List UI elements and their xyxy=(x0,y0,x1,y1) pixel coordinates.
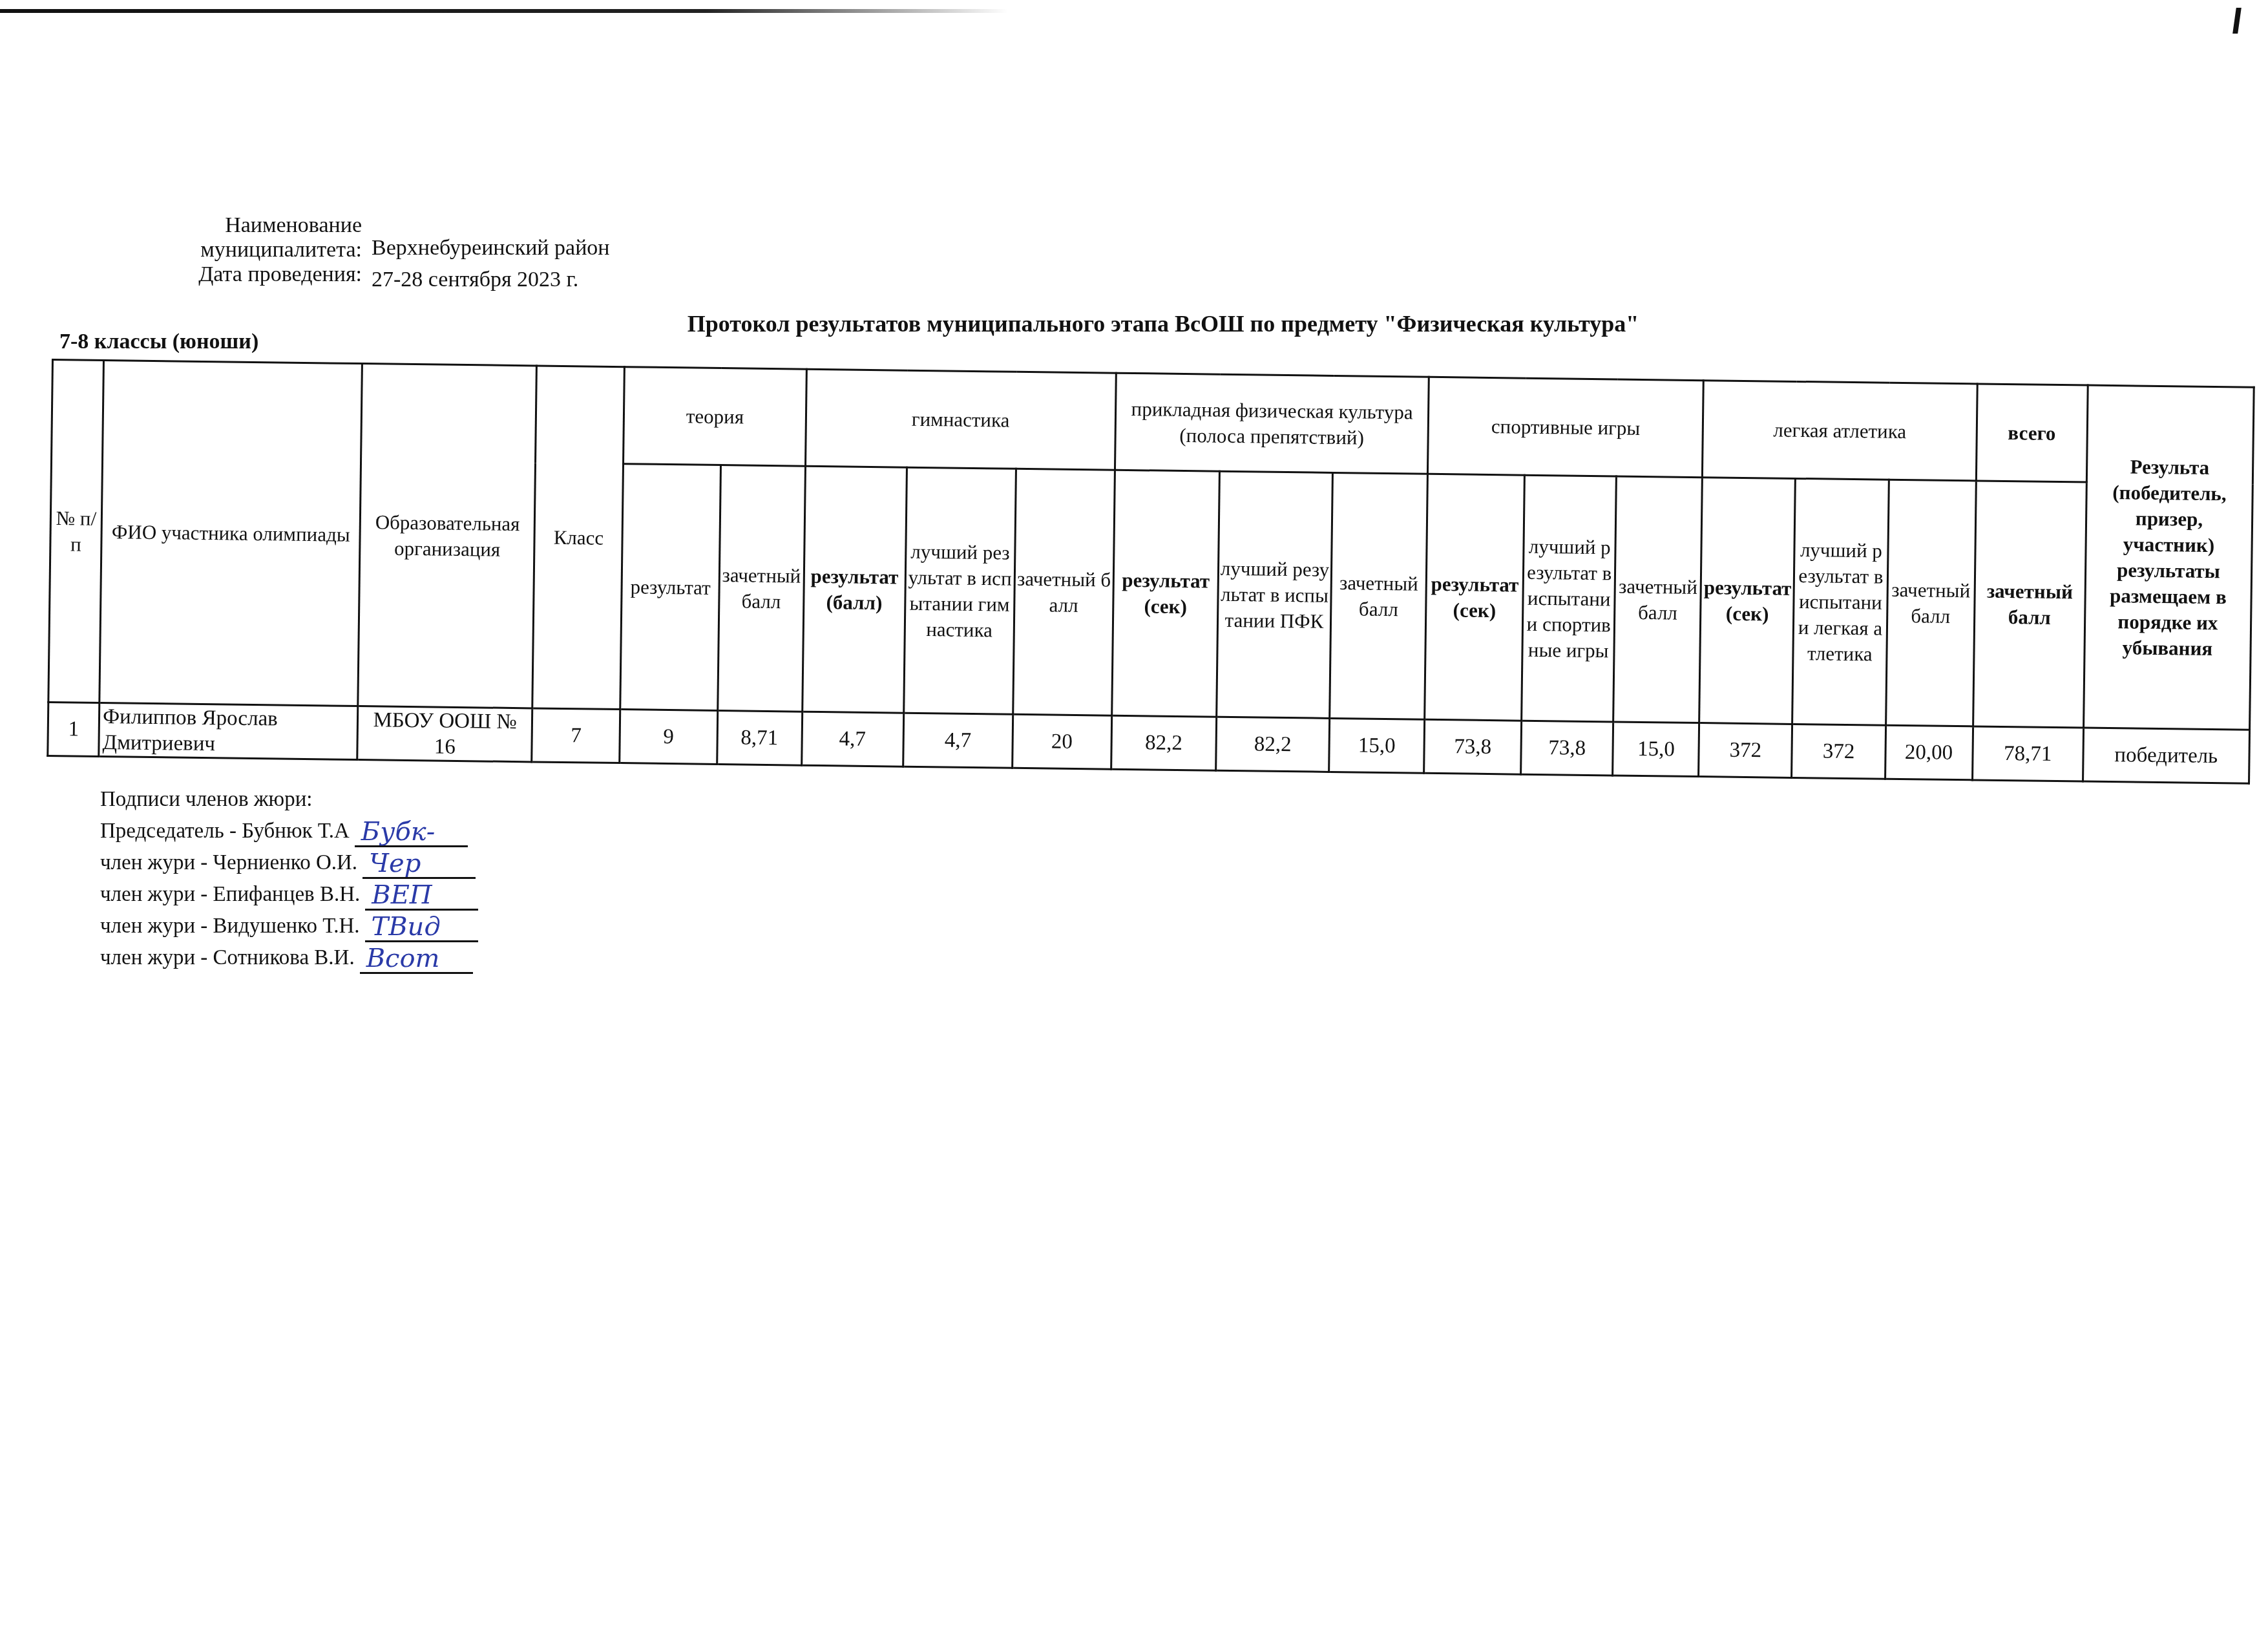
class-group-subtitle: 7-8 классы (юноши) xyxy=(59,330,258,354)
col-result-header: Результа (победитель, призер, участник) … xyxy=(2083,385,2254,730)
group-header-row: № п/п ФИО участника олимпиады Образовате… xyxy=(52,360,2254,485)
cell-fio: Филиппов Ярослав Дмитриевич xyxy=(99,703,358,759)
municipality-label-line2: муниципалитета: xyxy=(0,238,362,262)
cell-status: победитель xyxy=(2083,728,2249,783)
sub-gym-best: лучший результат в испытании гимнастика xyxy=(903,467,1016,714)
col-num-header: № п/п xyxy=(48,360,104,703)
signature-line: ВЕП xyxy=(365,885,478,911)
col-class-header: Класс xyxy=(532,366,625,710)
sub-gym-score: зачетный балл xyxy=(1013,469,1115,715)
sub-pfk-result: результат (сек) xyxy=(1112,470,1220,717)
group-total-header: всего xyxy=(1976,384,2088,482)
signatures-heading: Подписи членов жюри: xyxy=(100,784,478,816)
cell-class: 7 xyxy=(532,708,620,763)
sub-pfk-score: зачетный балл xyxy=(1330,472,1428,719)
signature-row: Председатель - Бубнюк Т.А Бубк- xyxy=(100,816,478,847)
signature-line: ТВид xyxy=(365,917,478,942)
handwritten-signature: ВЕП xyxy=(372,880,432,911)
cell-games-result: 73,8 xyxy=(1424,719,1522,774)
jury-member-label: член жури - Сотникова В.И. xyxy=(100,942,355,974)
results-table-wrapper: № п/п ФИО участника олимпиады Образовате… xyxy=(47,359,2254,774)
cell-ath-best: 372 xyxy=(1792,724,1885,779)
group-gymnastics-header: гимнастика xyxy=(805,369,1116,470)
cell-games-best: 73,8 xyxy=(1521,721,1613,776)
cell-gym-best: 4,7 xyxy=(903,713,1013,768)
cell-ath-result: 372 xyxy=(1699,723,1792,778)
group-athletics-header: легкая атлетика xyxy=(1703,381,1977,481)
municipality-value: Верхнебуреинский район xyxy=(372,236,610,260)
sub-theory-result: результат xyxy=(620,464,720,711)
jury-member-label: член жури - Епифанцев В.Н. xyxy=(100,879,360,911)
jury-signatures: Подписи членов жюри: Председатель - Бубн… xyxy=(100,784,478,974)
cell-org: МБОУ ООШ № 16 xyxy=(357,706,532,761)
document-title: Протокол результатов муниципального этап… xyxy=(0,310,2268,337)
cell-theory-score: 8,71 xyxy=(717,710,802,765)
group-games-header: спортивные игры xyxy=(1428,377,1704,477)
results-table: № п/п ФИО участника олимпиады Образовате… xyxy=(47,359,2254,785)
sub-gym-result: результат (балл) xyxy=(802,466,907,713)
cell-total-score: 78,71 xyxy=(1972,726,2083,781)
sub-ath-result: результат (сек) xyxy=(1699,478,1796,724)
sub-games-best: лучший результат в испытании спортивные … xyxy=(1522,475,1617,722)
signature-row: член жури - Черниенко О.И. Чер xyxy=(100,847,478,879)
scan-edge-artifact-right xyxy=(2232,8,2242,34)
col-result-note: результаты размещаем в порядке их убыван… xyxy=(2086,556,2249,662)
date-value: 27-28 сентября 2023 г. xyxy=(372,268,578,292)
sub-games-score: зачетный балл xyxy=(1613,476,1703,723)
cell-num: 1 xyxy=(48,702,100,756)
cell-pfk-best: 82,2 xyxy=(1216,717,1330,772)
sub-pfk-best: лучший результат в испытании ПФК xyxy=(1217,471,1333,718)
signature-line: Бубк- xyxy=(355,822,468,847)
handwritten-signature: Бубк- xyxy=(361,816,435,848)
group-pfk-header: прикладная физическая культура (полоса п… xyxy=(1115,373,1429,474)
handwritten-signature: ТВид xyxy=(372,911,441,943)
group-theory-header: теория xyxy=(624,367,806,467)
col-fio-header: ФИО участника олимпиады xyxy=(100,361,362,706)
jury-member-label: член жури - Видушенко Т.Н. xyxy=(100,911,360,942)
cell-pfk-score: 15,0 xyxy=(1329,718,1425,773)
signature-line: Всот xyxy=(360,949,473,974)
handwritten-signature: Чер xyxy=(369,848,421,880)
signature-line: Чер xyxy=(362,854,476,879)
jury-member-label: Председатель - Бубнюк Т.А xyxy=(100,816,350,847)
signature-row: член жури - Епифанцев В.Н. ВЕП xyxy=(100,879,478,911)
sub-games-result: результат (сек) xyxy=(1425,474,1525,721)
sub-ath-best: лучший результат в испытании легкая атле… xyxy=(1792,478,1889,725)
cell-theory-result: 9 xyxy=(620,710,717,765)
signature-row: член жури - Видушенко Т.Н. ТВид xyxy=(100,911,478,942)
cell-gym-result: 4,7 xyxy=(801,712,903,766)
col-org-header: Образовательная организация xyxy=(358,364,537,708)
cell-ath-score: 20,00 xyxy=(1885,725,1973,780)
municipality-label-line1: Наименование xyxy=(0,213,362,238)
sub-ath-score: зачетный балл xyxy=(1885,480,1976,726)
signature-row: член жури - Сотникова В.И. Всот xyxy=(100,942,478,974)
scan-edge-artifact xyxy=(0,9,1008,13)
cell-games-score: 15,0 xyxy=(1613,722,1699,777)
sub-total-score: зачетный балл xyxy=(1973,481,2086,728)
date-label: Дата проведения: xyxy=(0,262,362,287)
cell-pfk-result: 82,2 xyxy=(1111,715,1217,770)
cell-gym-score: 20 xyxy=(1012,714,1111,769)
municipality-label: Наименование муниципалитета: xyxy=(0,213,362,262)
jury-member-label: член жури - Черниенко О.И. xyxy=(100,847,357,879)
handwritten-signature: Всот xyxy=(366,943,440,975)
col-result-title: Результа (победитель, призер, участник) xyxy=(2088,453,2251,558)
sub-theory-score: зачетный балл xyxy=(717,465,805,712)
